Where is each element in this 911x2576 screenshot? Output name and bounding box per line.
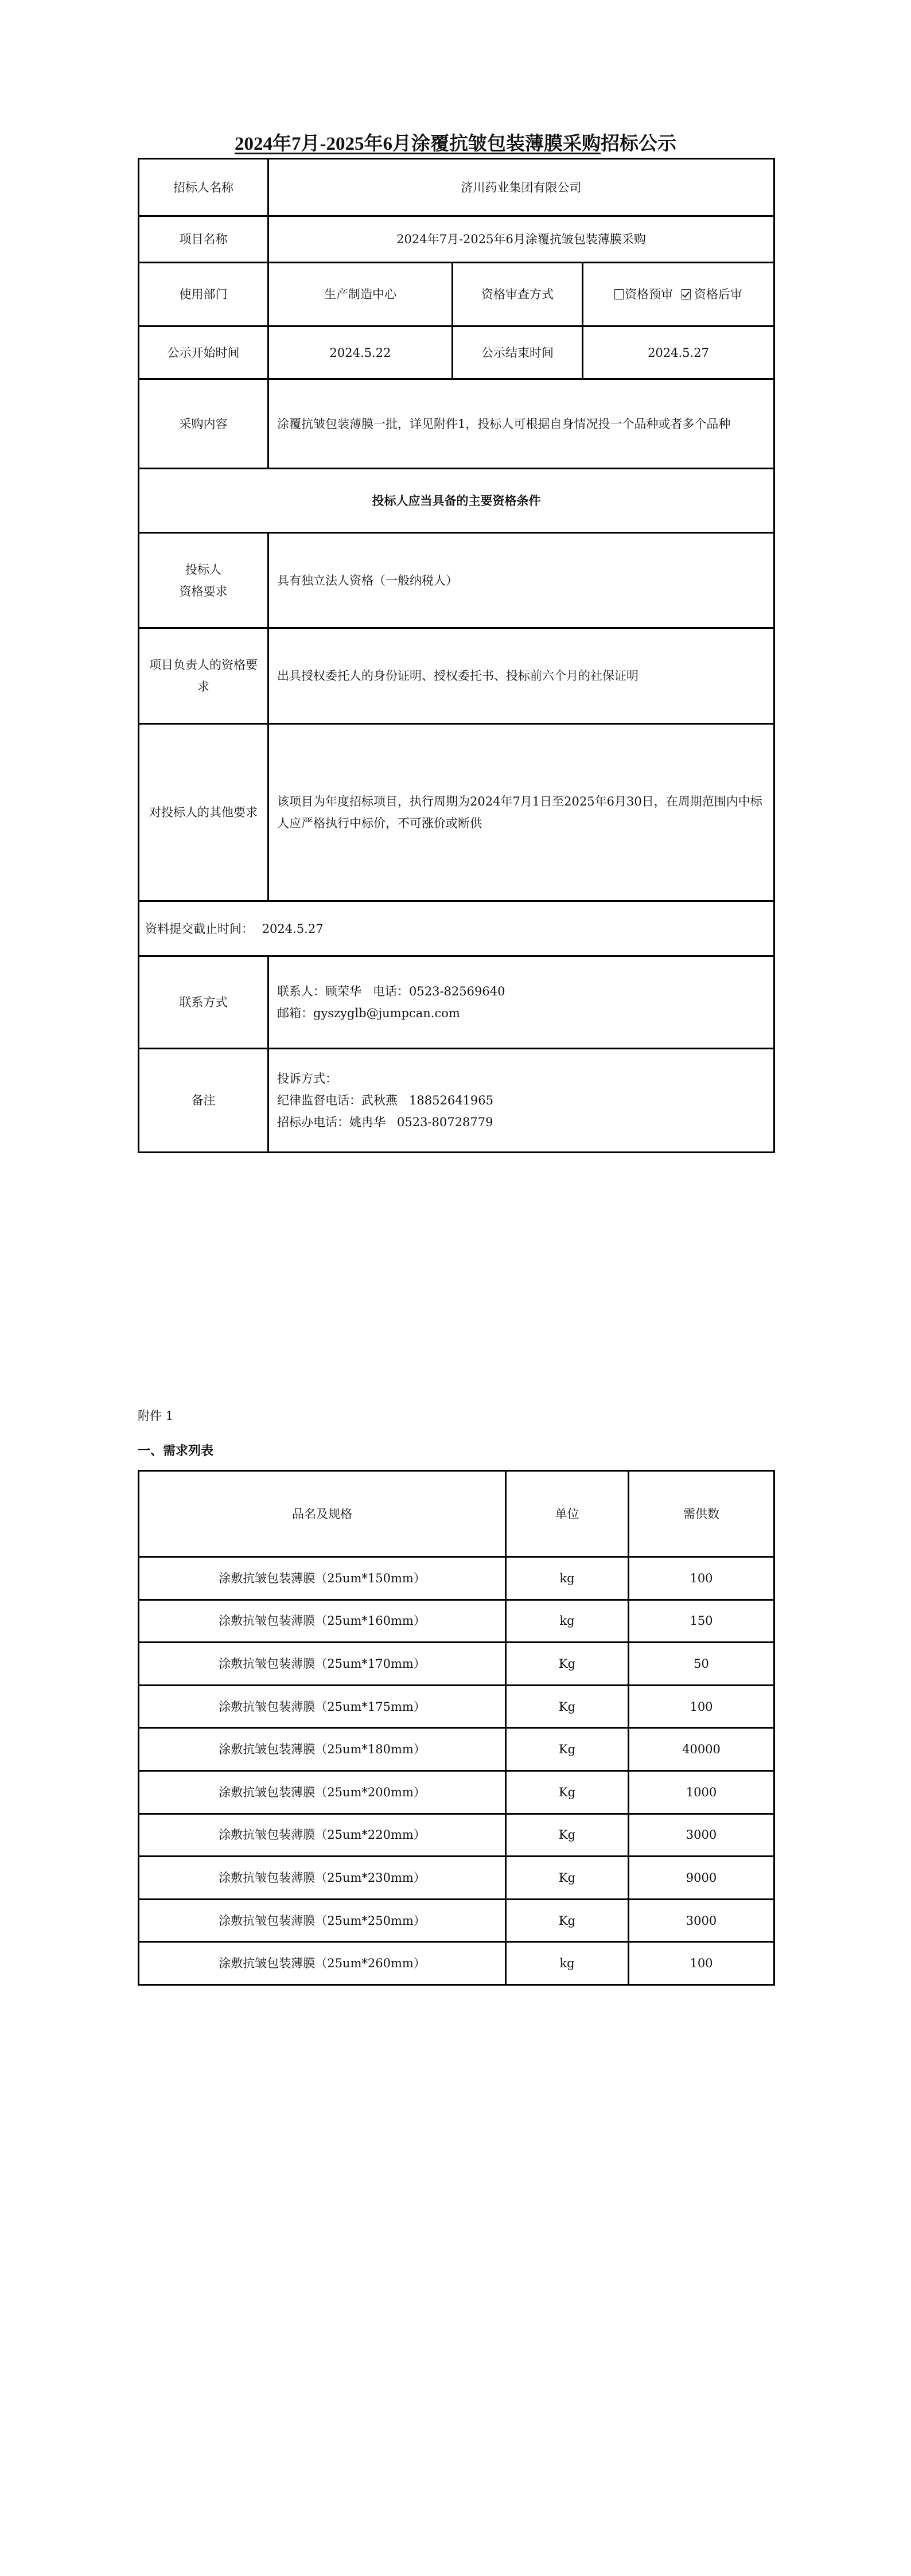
item-unit: kg: [506, 1942, 629, 1985]
review-method-label: 资格审查方式: [453, 263, 583, 326]
page-title-rest: 招标公示: [601, 134, 676, 154]
start-time-value: 2024.5.22: [268, 326, 453, 379]
end-time-label: 公示结束时间: [453, 326, 583, 379]
table-row: 涂敷抗皱包装薄膜（25um*260mm） kg 100: [139, 1942, 774, 1985]
row-qualification-heading: 投标人应当具备的主要资格条件: [139, 469, 774, 533]
remarks-value: 投诉方式： 纪律监督电话：武秋燕 18852641965 招标办电话：姚冉华 0…: [268, 1049, 774, 1153]
item-unit: Kg: [506, 1643, 629, 1686]
item-name: 涂敷抗皱包装薄膜（25um*170mm）: [139, 1643, 506, 1686]
postqualification-checkbox[interactable]: [682, 289, 691, 299]
content-label: 采购内容: [139, 379, 268, 469]
item-unit: Kg: [506, 1899, 629, 1942]
page-title: 2024年7月-2025年6月涂覆抗皱包装薄膜采购招标公示: [0, 130, 911, 158]
row-contact: 联系方式 联系人：顾荣华 电话：0523-82569640 邮箱：gyszygl…: [139, 956, 774, 1049]
deadline-label: 资料提交截止时间：: [145, 922, 254, 936]
qualification-heading: 投标人应当具备的主要资格条件: [139, 469, 774, 533]
contact-label: 联系方式: [139, 956, 268, 1049]
item-qty: 50: [629, 1643, 774, 1686]
item-unit: Kg: [506, 1770, 629, 1814]
item-name: 涂敷抗皱包装薄膜（25um*200mm）: [139, 1770, 506, 1814]
table-row: 涂敷抗皱包装薄膜（25um*220mm） Kg 3000: [139, 1814, 774, 1857]
other-requirement-value: 该项目为年度招标项目，执行周期为2024年7月1日至2025年6月30日，在周期…: [268, 724, 774, 901]
row-content: 采购内容 涂覆抗皱包装薄膜一批，详见附件1，投标人可根据自身情况投一个品种或者多…: [139, 379, 774, 469]
item-unit: Kg: [506, 1857, 629, 1900]
item-name: 涂敷抗皱包装薄膜（25um*250mm）: [139, 1899, 506, 1942]
deadline-value: 2024.5.27: [262, 922, 324, 936]
row-dept: 使用部门 生产制造中心 资格审查方式 资格预审 资格后审: [139, 263, 774, 326]
row-pm-requirement: 项目负责人的资格要求 出具授权委托人的身份证明、授权委托书、投标前六个月的社保证…: [139, 628, 774, 724]
col-header-qty: 需供数: [629, 1471, 774, 1557]
item-unit: Kg: [506, 1728, 629, 1771]
other-requirement-label: 对投标人的其他要求: [139, 724, 268, 901]
bidder-requirement-label: 投标人 资格要求: [139, 533, 268, 628]
item-name: 涂敷抗皱包装薄膜（25um*220mm）: [139, 1814, 506, 1857]
item-name: 涂敷抗皱包装薄膜（25um*160mm）: [139, 1600, 506, 1643]
table-row: 涂敷抗皱包装薄膜（25um*170mm） Kg 50: [139, 1643, 774, 1686]
item-name: 涂敷抗皱包装薄膜（25um*180mm）: [139, 1728, 506, 1771]
row-bidder-requirement: 投标人 资格要求 具有独立法人资格（一般纳税人）: [139, 533, 774, 628]
item-unit: kg: [506, 1600, 629, 1643]
item-qty: 100: [629, 1685, 774, 1728]
tender-office-phone: 招标办电话：姚冉华 0523-80728779: [277, 1111, 765, 1133]
demand-table-header: 品名及规格 单位 需供数: [139, 1471, 774, 1557]
prequalification-label: 资格预审: [625, 287, 673, 301]
contact-person-phone: 联系人：顾荣华 电话：0523-82569640: [277, 980, 765, 1002]
row-deadline: 资料提交截止时间： 2024.5.27: [139, 901, 774, 956]
row-remarks: 备注 投诉方式： 纪律监督电话：武秋燕 18852641965 招标办电话：姚冉…: [139, 1049, 774, 1153]
complaint-method: 投诉方式：: [277, 1068, 765, 1089]
item-qty: 3000: [629, 1814, 774, 1857]
table-row: 涂敷抗皱包装薄膜（25um*180mm） Kg 40000: [139, 1728, 774, 1771]
discipline-phone: 纪律监督电话：武秋燕 18852641965: [277, 1089, 765, 1111]
start-time-label: 公示开始时间: [139, 326, 268, 379]
item-name: 涂敷抗皱包装薄膜（25um*150mm）: [139, 1557, 506, 1600]
col-header-name: 品名及规格: [139, 1471, 506, 1557]
remarks-label: 备注: [139, 1049, 268, 1153]
item-unit: kg: [506, 1557, 629, 1600]
table-row: 涂敷抗皱包装薄膜（25um*175mm） Kg 100: [139, 1685, 774, 1728]
prequalification-checkbox[interactable]: [614, 289, 624, 299]
section-heading: 一、需求列表: [138, 1441, 213, 1461]
content-value: 涂覆抗皱包装薄膜一批，详见附件1，投标人可根据自身情况投一个品种或者多个品种: [268, 379, 774, 469]
item-qty: 40000: [629, 1728, 774, 1771]
dept-label: 使用部门: [139, 263, 268, 326]
table-row: 涂敷抗皱包装薄膜（25um*160mm） kg 150: [139, 1600, 774, 1643]
bidder-requirement-value: 具有独立法人资格（一般纳税人）: [268, 533, 774, 628]
contact-email[interactable]: 邮箱：gyszyglb@jumpcan.com: [277, 1002, 765, 1024]
project-label: 项目名称: [139, 216, 268, 263]
table-row: 涂敷抗皱包装薄膜（25um*150mm） kg 100: [139, 1557, 774, 1600]
table-row: 涂敷抗皱包装薄膜（25um*250mm） Kg 3000: [139, 1899, 774, 1942]
annex-label: 附件 1: [138, 1407, 173, 1425]
postqualification-label: 资格后审: [694, 287, 742, 301]
tenderer-value: 济川药业集团有限公司: [268, 159, 774, 216]
item-unit: Kg: [506, 1814, 629, 1857]
item-name: 涂敷抗皱包装薄膜（25um*230mm）: [139, 1857, 506, 1900]
tenderer-label: 招标人名称: [139, 159, 268, 216]
item-qty: 100: [629, 1557, 774, 1600]
row-other-requirement: 对投标人的其他要求 该项目为年度招标项目，执行周期为2024年7月1日至2025…: [139, 724, 774, 901]
contact-value: 联系人：顾荣华 电话：0523-82569640 邮箱：gyszyglb@jum…: [268, 956, 774, 1049]
review-method-options: 资格预审 资格后审: [583, 263, 774, 326]
dept-value: 生产制造中心: [268, 263, 453, 326]
row-project: 项目名称 2024年7月-2025年6月涂覆抗皱包装薄膜采购: [139, 216, 774, 263]
tender-info-table: 招标人名称 济川药业集团有限公司 项目名称 2024年7月-2025年6月涂覆抗…: [138, 158, 775, 1153]
row-dates: 公示开始时间 2024.5.22 公示结束时间 2024.5.27: [139, 326, 774, 379]
demand-table: 品名及规格 单位 需供数 涂敷抗皱包装薄膜（25um*150mm） kg 100…: [138, 1470, 775, 1986]
pm-requirement-value: 出具授权委托人的身份证明、授权委托书、投标前六个月的社保证明: [268, 628, 774, 724]
table-row: 涂敷抗皱包装薄膜（25um*230mm） Kg 9000: [139, 1857, 774, 1900]
project-value: 2024年7月-2025年6月涂覆抗皱包装薄膜采购: [268, 216, 774, 263]
item-qty: 1000: [629, 1770, 774, 1814]
item-unit: Kg: [506, 1685, 629, 1728]
end-time-value: 2024.5.27: [583, 326, 774, 379]
item-name: 涂敷抗皱包装薄膜（25um*260mm）: [139, 1942, 506, 1985]
row-tenderer: 招标人名称 济川药业集团有限公司: [139, 159, 774, 216]
item-qty: 3000: [629, 1899, 774, 1942]
table-row: 涂敷抗皱包装薄膜（25um*200mm） Kg 1000: [139, 1770, 774, 1814]
item-qty: 9000: [629, 1857, 774, 1900]
page-title-underlined: 2024年7月-2025年6月涂覆抗皱包装薄膜采购: [235, 134, 601, 154]
item-name: 涂敷抗皱包装薄膜（25um*175mm）: [139, 1685, 506, 1728]
pm-requirement-label: 项目负责人的资格要求: [139, 628, 268, 724]
col-header-unit: 单位: [506, 1471, 629, 1557]
submission-deadline: 资料提交截止时间： 2024.5.27: [139, 901, 774, 956]
item-qty: 100: [629, 1942, 774, 1985]
item-qty: 150: [629, 1600, 774, 1643]
